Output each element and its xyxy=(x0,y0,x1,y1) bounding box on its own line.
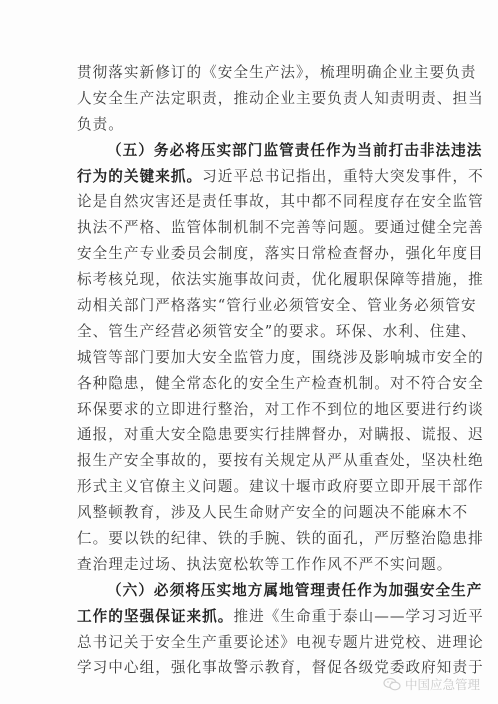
section-heading-5: （五）务必将压实部门监管责任作为当前打击非法违法 xyxy=(77,138,423,164)
text-line: 各种隐患，健全常态化的安全生产检查机制。对不符合安全 xyxy=(77,371,423,397)
text-line: 论是自然灾害还是责任事故，其中都不同程度存在安全监管 xyxy=(77,189,423,215)
text-line: 环保要求的立即进行整治，对工作不到位的地区要进行约谈 xyxy=(77,397,423,423)
section-heading-text: （六）必须将压实地方属地管理责任作为加强安全生产 xyxy=(107,582,482,599)
text-line: 查治理走过场、执法宽松软等工作作风不严不实问题。 xyxy=(77,552,423,578)
body-text: 推进《生命重于泰山——学习习近平 xyxy=(233,608,483,625)
watermark: 中国应急管理 xyxy=(383,675,480,693)
section-heading-6: （六）必须将压实地方属地管理责任作为加强安全生产 xyxy=(77,578,423,604)
wechat-icon xyxy=(383,677,401,691)
text-line: 标考核兑现，依法实施事故问责，优化履职保障等措施，推 xyxy=(77,267,423,293)
watermark-text: 中国应急管理 xyxy=(405,675,480,693)
body-text: 习近平总书记指出，重特大突发事件，不 xyxy=(202,168,484,185)
text-line: 全、管生产经营必须管安全”的要求。环保、水利、住建、 xyxy=(77,319,423,345)
text-line: 风整顿教育，涉及人民生命财产安全的问题决不能麻木不 xyxy=(77,500,423,526)
text-line: 动相关部门严格落实“管行业必须管安全、管业务必须管安 xyxy=(77,293,423,319)
text-line: 形式主义官僚主义问题。建议十堰市政府要立即开展干部作 xyxy=(77,474,423,500)
text-line: 城管等部门要加大安全监管力度，围绕涉及影响城市安全的 xyxy=(77,345,423,371)
text-line: 执法不严格、监管体制机制不完善等问题。要通过健全完善 xyxy=(77,215,423,241)
text-line: 总书记关于安全生产重要论述》电视专题片进党校、进理论 xyxy=(77,630,423,656)
text-line: 人安全生产法定职责，推动企业主要负责人知责明责、担当 xyxy=(77,86,423,112)
text-line: 行为的关键来抓。习近平总书记指出，重特大突发事件，不 xyxy=(77,164,423,190)
section-heading-text: 工作的坚强保证来抓。 xyxy=(77,608,233,625)
section-heading-text: 行为的关键来抓。 xyxy=(77,168,202,185)
text-line: 通报，对重大安全隐患要实行挂牌督办，对瞒报、谎报、迟 xyxy=(77,422,423,448)
document-page: 贯彻落实新修订的《安全生产法》，梳理明确企业主要负责 人安全生产法定职责，推动企… xyxy=(77,60,423,681)
text-line: 学习中心组，强化事故警示教育，督促各级党委政府知责于 xyxy=(77,655,423,681)
text-line: 安全生产专业委员会制度，落实日常检查督办，强化年度目 xyxy=(77,241,423,267)
section-heading-text: （五）务必将压实部门监管责任作为当前打击非法违法 xyxy=(107,142,482,159)
text-line: 报生产安全事故的，要按有关规定从严从重查处，坚决杜绝 xyxy=(77,448,423,474)
text-line: 负责。 xyxy=(77,112,423,138)
text-line: 仁。要以铁的纪律、铁的手腕、铁的面孔，严厉整治隐患排 xyxy=(77,526,423,552)
text-line: 贯彻落实新修订的《安全生产法》，梳理明确企业主要负责 xyxy=(77,60,423,86)
text-line: 工作的坚强保证来抓。推进《生命重于泰山——学习习近平 xyxy=(77,604,423,630)
